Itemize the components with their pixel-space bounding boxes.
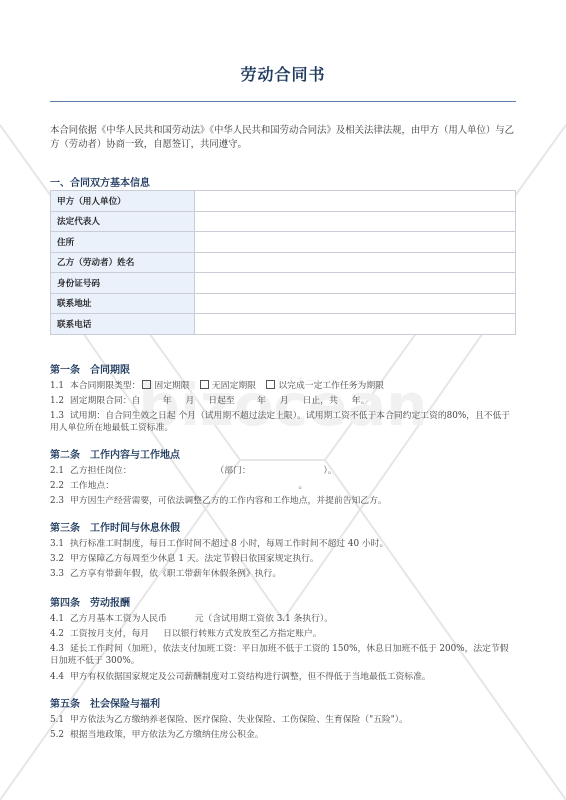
id-number-field[interactable] — [195, 273, 516, 294]
table-row: 联系地址 — [51, 293, 516, 314]
legal-rep-field[interactable] — [195, 211, 516, 232]
clause-1-2: 1.2固定期限合同：自 年 月 日起至 年 月 日止，共 年。 — [50, 395, 516, 408]
document-title: 劳动合同书 — [50, 62, 516, 85]
clause-3-1: 3.1执行标准工时制度，每日工作时间不超过 8 小时，每周工作时间不超过 40 … — [50, 538, 516, 551]
address-field[interactable] — [195, 232, 516, 253]
clause-4-4: 4.4甲方有权依据国家规定及公司薪酬制度对工资结构进行调整，但不得低于当地最低工… — [50, 671, 516, 684]
intro-paragraph: 本合同依据《中华人民共和国劳动法》《中华人民共和国劳动合同法》及相关法律法规，由… — [50, 124, 516, 152]
contact-address-field[interactable] — [195, 293, 516, 314]
table-row: 住所 — [51, 232, 516, 253]
clause-4-3: 4.3延长工作时间（加班），依法支付加班工资：平日加班不低于工资的 150%，休… — [50, 643, 516, 667]
table-row: 法定代表人 — [51, 211, 516, 232]
table-row: 联系电话 — [51, 314, 516, 335]
clause-2-2: 2.2工作地点： 。 — [50, 480, 516, 493]
clause-4-2: 4.2工资按月支付，每月 日以银行转账方式发放至乙方指定账户。 — [50, 628, 516, 641]
article-3-heading: 第三条工作时间与休息休假 — [50, 519, 180, 534]
article-4-heading: 第四条劳动报酬 — [50, 594, 130, 609]
field-label: 乙方（劳动者）姓名 — [51, 252, 195, 273]
party-b-name-field[interactable] — [195, 252, 516, 273]
clause-2-3: 2.3甲方因生产经营需要，可依法调整乙方的工作内容和工作地点，并提前告知乙方。 — [50, 495, 516, 508]
party-a-field[interactable] — [195, 191, 516, 212]
checkbox-open-term[interactable] — [200, 380, 209, 389]
article-5-heading: 第五条社会保险与福利 — [50, 695, 160, 710]
clause-5-2: 5.2根据当地政策，甲方依法为乙方缴纳住房公积金。 — [50, 729, 516, 742]
clause-3-3: 3.3乙方享有带薪年假，依《职工带薪年休假条例》执行。 — [50, 568, 516, 581]
clause-3-2: 3.2甲方保障乙方每周至少休息 1 天。法定节假日依国家规定执行。 — [50, 553, 516, 566]
clause-1-1: 1.1本合同期限类型：固定期限 无固定期限 以完成一定工作任务为期限 — [50, 380, 516, 393]
checkbox-task-term[interactable] — [266, 380, 275, 389]
basic-info-heading: 一、合同双方基本信息 — [50, 174, 150, 189]
clause-2-1: 2.1乙方担任岗位： （部门： ）。 — [50, 465, 516, 478]
clause-5-1: 5.1甲方依法为乙方缴纳养老保险、医疗保险、失业保险、工伤保险、生育保险（"五险… — [50, 714, 516, 727]
clause-4-1: 4.1乙方月基本工资为人民币 元（含试用期工资依 3.1 条执行）。 — [50, 613, 516, 626]
article-1-heading: 第一条合同期限 — [50, 361, 130, 376]
basic-info-table: 甲方（用人单位） 法定代表人 住所 乙方（劳动者）姓名 身份证号码 联系地址 联… — [50, 190, 516, 335]
article-2-heading: 第二条工作内容与工作地点 — [50, 446, 180, 461]
phone-field[interactable] — [195, 314, 516, 335]
clause-1-3: 1.3试用期：自合同生效之日起 个月（试用期不超过法定上限）。试用期工资不低于本… — [50, 410, 516, 434]
field-label: 身份证号码 — [51, 273, 195, 294]
table-row: 甲方（用人单位） — [51, 191, 516, 212]
title-divider — [50, 101, 516, 102]
table-row: 乙方（劳动者）姓名 — [51, 252, 516, 273]
table-row: 身份证号码 — [51, 273, 516, 294]
field-label: 住所 — [51, 232, 195, 253]
checkbox-fixed-term[interactable] — [142, 380, 151, 389]
field-label: 法定代表人 — [51, 211, 195, 232]
field-label: 联系电话 — [51, 314, 195, 335]
field-label: 联系地址 — [51, 293, 195, 314]
field-label: 甲方（用人单位） — [51, 191, 195, 212]
